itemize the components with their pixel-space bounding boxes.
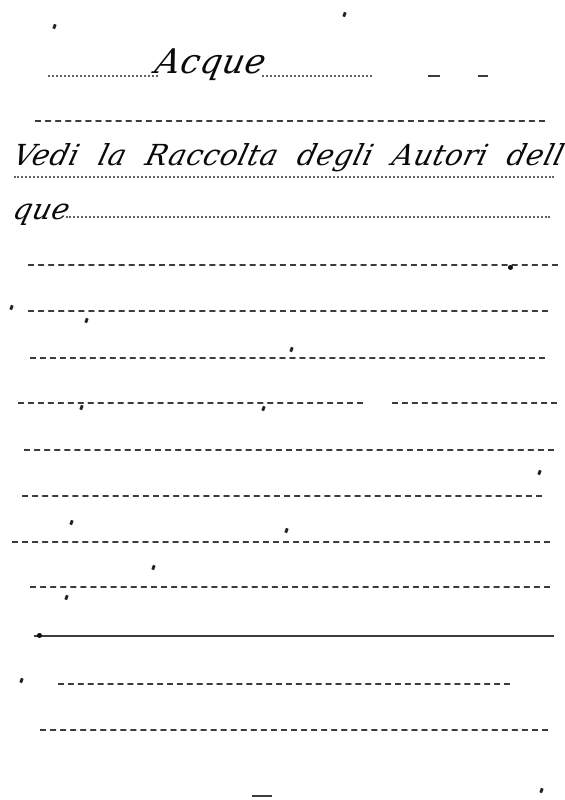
ruled-line [392,402,557,404]
ruled-line [58,683,510,685]
ink-speck [52,24,57,30]
ink-speck [64,595,69,601]
body-text-line-1: Vedi la Raccolta degli Autori dell'Ac- [10,138,565,172]
ink-speck [342,12,347,18]
ruled-line [66,216,550,218]
manuscript-page: Acque Vedi la Raccolta degli Autori dell… [0,0,565,800]
ruled-line [24,449,554,451]
ruled-line [428,75,440,77]
ink-speck [284,528,289,534]
ink-speck [84,318,89,324]
ink-speck [69,520,74,526]
ruled-line [34,635,554,637]
ink-speck [151,565,156,571]
ink-speck [539,788,544,794]
ruled-line [28,310,548,312]
ruled-line [262,75,372,77]
ruled-line [35,120,545,122]
body-text-line-2: que [10,192,74,226]
ink-speck [261,406,266,412]
ink-blot [508,265,513,270]
ruled-line [12,541,550,543]
ruled-line [40,729,548,731]
ruled-line [22,495,542,497]
ink-blot [37,633,42,638]
ink-speck [289,347,294,353]
ink-speck [79,405,84,411]
ruled-line [28,264,558,266]
ruled-line [18,402,363,404]
page-title: Acque [152,42,270,82]
ruled-line [30,357,545,359]
ink-speck [19,678,24,684]
ruled-line [252,795,272,797]
ink-speck [537,470,542,476]
ruled-line [30,586,550,588]
ruled-line [48,75,158,77]
ink-speck [9,305,14,311]
ruled-line [478,75,488,77]
ruled-line [14,176,554,178]
